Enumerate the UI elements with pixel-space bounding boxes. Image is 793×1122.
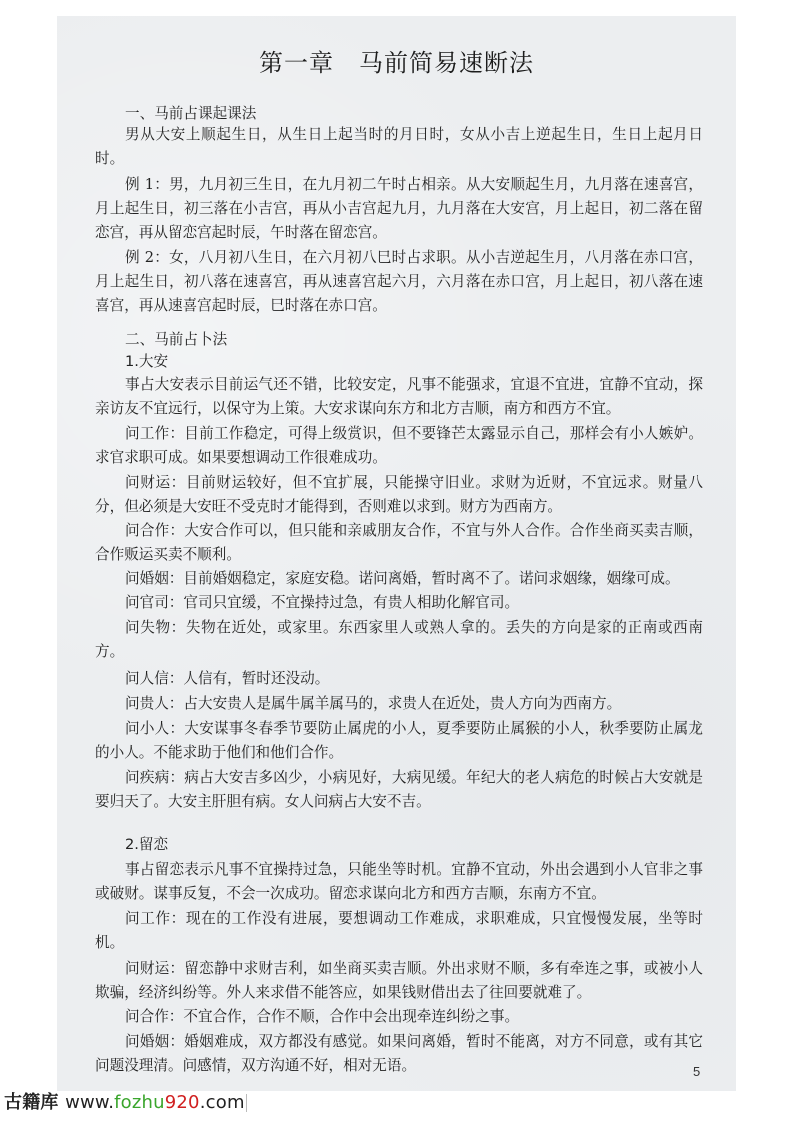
watermark-url-prefix: www. [65, 1092, 114, 1113]
section-heading-1: 一、马前占课起课法 [125, 102, 256, 123]
paragraph-work: 问工作：现在的工作没有进展，要想调动工作难成，求职难成，只宜慢慢发展，坐等时机。 [95, 907, 703, 955]
chapter-title: 第一章 马前简易速断法 [57, 43, 736, 78]
subsection-heading-daan: 1.大安 [125, 350, 168, 371]
paragraph-benefactor: 问贵人：占大安贵人是属牛属羊属马的，求贵人在近处，贵人方向为西南方。 [95, 692, 703, 716]
paragraph-illness: 问疾病：病占大安吉多凶少，小病见好，大病见缓。年纪大的老人病危的时候占大安就是要… [95, 766, 703, 814]
divider [246, 1094, 247, 1112]
paragraph-wealth: 问财运：目前财运较好，但不宜扩展，只能操守旧业。求财为近财，不宜远求。财量八分，… [95, 471, 703, 519]
paragraph: 事占大安表示目前运气还不错，比较安定，凡事不能强求，宜退不宜进，宜静不宜动，探亲… [95, 373, 703, 421]
watermark-url: www.fozhu920.com [65, 1092, 245, 1113]
paragraph-marriage: 问婚姻：目前婚姻稳定，家庭安稳。诺问离婚，暂时离不了。诺问求姻缘，姻缘可成。 [95, 567, 703, 591]
page-number: 5 [693, 1064, 700, 1079]
paragraph-lawsuit: 问官司：官司只宜缓，不宜操持过急，有贵人相助化解官司。 [95, 591, 703, 615]
paragraph-wealth: 问财运：留恋静中求财吉利，如坐商买卖吉顺。外出求财不顺，多有牵连之事，或被小人欺… [95, 957, 703, 1005]
site-watermark: 古籍库 www.fozhu920.com [4, 1088, 247, 1114]
section-heading-2: 二、马前占卜法 [125, 328, 227, 349]
watermark-url-green: fozhu [114, 1092, 165, 1113]
paragraph-cooperation: 问合作：不宜合作，合作不顺，合作中会出现牵连纠纷之事。 [95, 1005, 703, 1029]
paragraph: 男从大安上顺起生日，从生日上起当时的月日时，女从小吉上逆起生日，生日上起月日时。 [95, 123, 703, 171]
paragraph-lost-item: 问失物：失物在近处，或家里。东西家里人或熟人拿的。丢失的方向是家的正南或西南方。 [95, 616, 703, 664]
paragraph: 事占留恋表示凡事不宜操持过急，只能坐等时机。宜静不宜动，外出会遇到小人官非之事或… [95, 858, 703, 906]
paragraph-marriage: 问婚姻：婚姻难成，双方都没有感觉。如果问离婚，暂时不能离，对方不同意，或有其它问… [95, 1030, 703, 1078]
watermark-url-suffix: .com [200, 1092, 245, 1113]
watermark-site-name: 古籍库 [4, 1092, 59, 1113]
paragraph-example-2: 例 2：女，八月初八生日，在六月初八巳时占求职。从小吉逆起生月，八月落在赤口宫，… [95, 246, 703, 318]
scanned-page: 第一章 马前简易速断法 一、马前占课起课法 男从大安上顺起生日，从生日上起当时的… [57, 16, 736, 1091]
paragraph-news: 问人信：人信有，暂时还没动。 [95, 667, 703, 691]
paragraph-villain: 问小人：大安谋事冬春季节要防止属虎的小人，夏季要防止属猴的小人，秋季要防止属龙的… [95, 717, 703, 765]
subsection-heading-liulian: 2.留恋 [125, 833, 168, 854]
watermark-url-red: 920 [165, 1092, 200, 1113]
paragraph-cooperation: 问合作：大安合作可以，但只能和亲戚朋友合作，不宜与外人合作。合作坐商买卖吉顺，合… [95, 519, 703, 567]
paragraph-work: 问工作：目前工作稳定，可得上级赏识，但不要锋芒太露显示自己，那样会有小人嫉妒。求… [95, 422, 703, 470]
paragraph-example-1: 例 1：男，九月初三生日，在九月初二午时占相亲。从大安顺起生月，九月落在速喜宫，… [95, 173, 703, 245]
